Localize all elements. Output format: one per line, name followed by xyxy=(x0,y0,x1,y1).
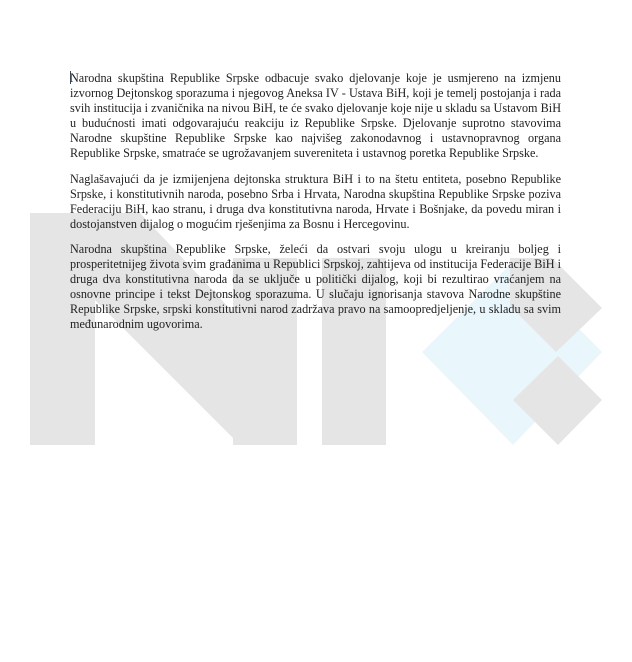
paragraph-1: Narodna skupština Republike Srpske odbac… xyxy=(70,71,561,162)
paragraph-1-text: Narodna skupština Republike Srpske odbac… xyxy=(70,71,561,160)
document-body[interactable]: Narodna skupština Republike Srpske odbac… xyxy=(70,71,561,343)
paragraph-3: Narodna skupština Republike Srpske, žele… xyxy=(70,242,561,333)
paragraph-2: Naglašavajući da je izmijenjena dejtonsk… xyxy=(70,172,561,232)
